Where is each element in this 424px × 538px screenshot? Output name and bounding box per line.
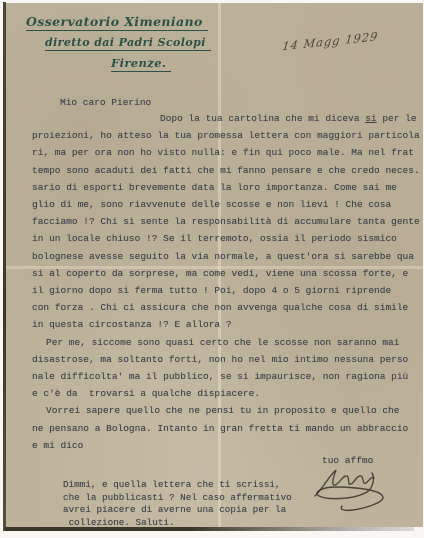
postscript-line: che la pubblicasti ? Nel caso affermativ…	[63, 492, 292, 505]
body-line: con forza . Chi ci assicura che non avve…	[32, 299, 422, 316]
body-line: tempo sono acaduti dei fatti che mi fann…	[32, 162, 422, 179]
body-line1-post: per le	[377, 113, 417, 124]
letterhead-city-text: Firenze.	[111, 56, 171, 72]
body-line: proiezioni, ho atteso la tua promessa le…	[32, 127, 422, 144]
postscript-line: Dimmi, e quella lettera che ti scrissi,	[63, 479, 292, 492]
letterhead-city: Firenze.	[111, 56, 171, 72]
body-line: Vorrei sapere quello che ne pensi tu in …	[32, 402, 422, 419]
body-line: il giorno dopo si ferma tutto ! Poi, dop…	[32, 282, 422, 299]
letter-paper: Osservatorio Ximeniano diretto dai Padri…	[6, 3, 423, 527]
postscript-line: collezione. Saluti.	[63, 517, 292, 530]
body-line: e mi dico	[32, 437, 422, 454]
greeting-line: Mio caro Pierino	[60, 97, 151, 108]
postscript-line: avrei piacere di averne una copia per la	[63, 504, 292, 517]
body-line: Per me, siccome sono quasi certo che le …	[32, 334, 422, 351]
body-line: in questa circostanza !? E allora ?	[32, 316, 422, 333]
body-line: glio di me, sono riavvenute delle scosse…	[32, 196, 422, 213]
body-line: e c'è da trovarsi a qualche dispiacere.	[32, 385, 422, 402]
body-line: in un locale chiuso !? Se il terremoto, …	[32, 230, 422, 247]
letterhead-institution-text: Osservatorio Ximeniano	[26, 14, 208, 31]
body-line: sario di esporti brevemente data la loro…	[32, 179, 422, 196]
body-line: nale difficolta' ma il pubblico, se si i…	[32, 368, 422, 385]
body-line: ri, ma per ora non ho visto nulla: e fin…	[32, 144, 422, 161]
body-line: ne pensano a Bologna. Intanto in gran fr…	[32, 420, 422, 437]
body-line: facciamo !? Chi si sente la responsabili…	[32, 213, 422, 230]
body-line: Dopo la tua cartolina che mi diceva si p…	[32, 110, 422, 127]
closing-salutation: tuo affmo	[322, 455, 373, 466]
scanned-letter-page: { "document": { "kind": "scanned typewri…	[0, 0, 424, 538]
body-line: disastrose, ma soltanto forti, non ho ne…	[32, 351, 422, 368]
letterhead-subtitle: diretto dai Padri Scolopi	[45, 36, 211, 51]
body-line: si al coperto da sorprese, ma come vedi,…	[32, 265, 422, 282]
body-line: bolognese avesse seguito la via normale,…	[32, 248, 422, 265]
postscript: Dimmi, e quella lettera che ti scrissi, …	[63, 479, 292, 529]
body-line1-underlined-word: si	[365, 113, 376, 124]
handwritten-date: 14 Magg 1929	[282, 27, 403, 54]
letterhead-subtitle-text: diretto dai Padri Scolopi	[45, 36, 211, 51]
letterhead-institution: Osservatorio Ximeniano	[26, 14, 208, 31]
letter-body: Dopo la tua cartolina che mi diceva si p…	[32, 110, 422, 454]
signature-flourish-icon	[309, 466, 401, 520]
body-line1-pre: Dopo la tua cartolina che mi diceva	[160, 113, 365, 124]
signature	[309, 466, 401, 520]
